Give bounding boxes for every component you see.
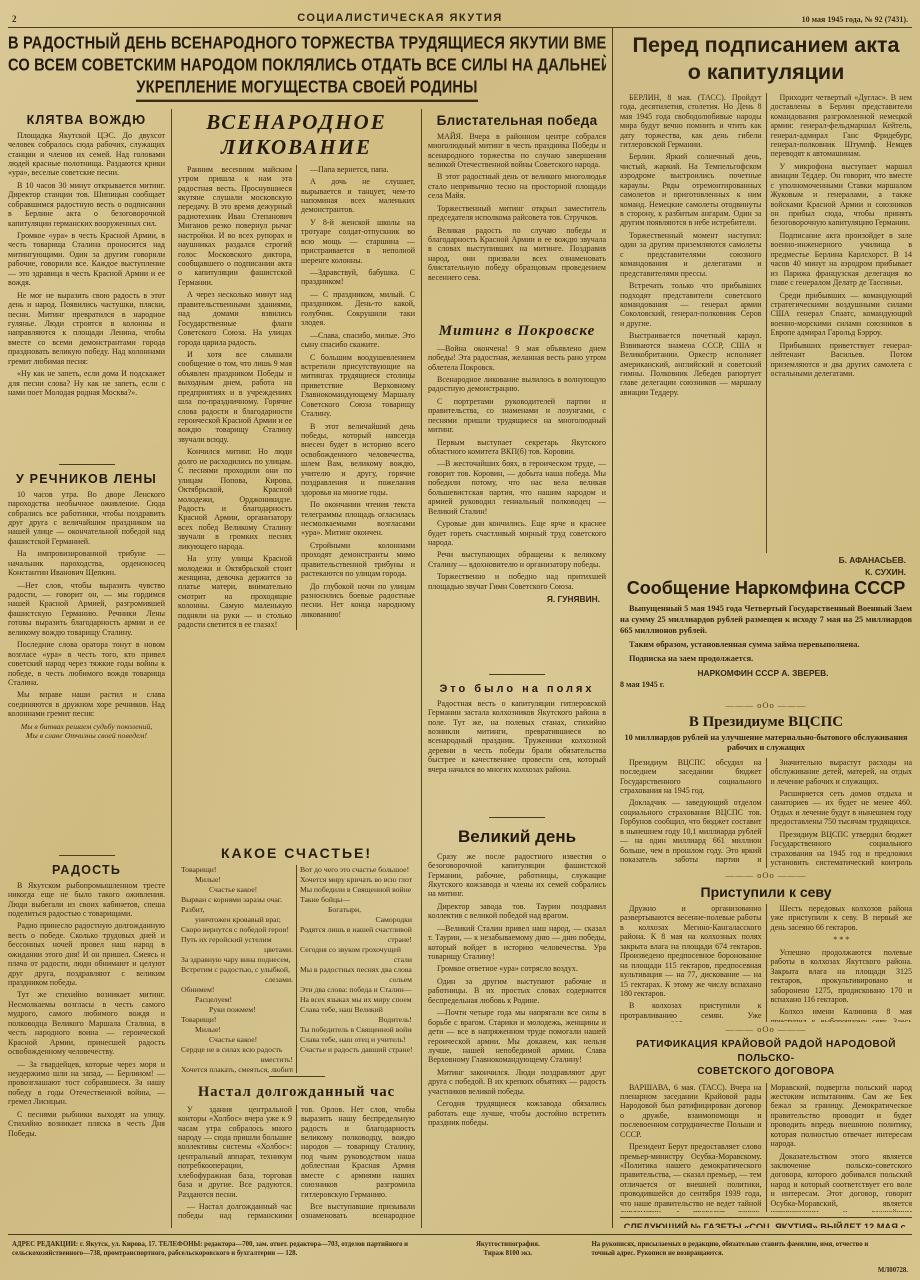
poem: Товарищи!Милые!Счастье какое!Вырван с ко… [178, 865, 415, 1073]
circulation: Тираж 8100 экз. [436, 1249, 579, 1258]
text-line: Торжественный момент наступил: один за д… [620, 231, 762, 278]
article-title: ВСЕНАРОДНОЕ ЛИКОВАНИЕ [178, 110, 415, 160]
article-title: Это было на полях [428, 683, 606, 695]
article-body: Сразу же после радостного известия о без… [428, 852, 606, 1128]
text-line: — С праздником, милый. С праздником. Ден… [301, 290, 415, 328]
text-line: У здания центральной конторы «Холбос» вч… [178, 1105, 292, 1199]
text-line: Среди прибывших — командующий стратегиче… [771, 291, 913, 338]
article-narkomfin: Сообщение Наркомфина СССР Выпущенный 5 м… [620, 576, 912, 698]
text-line: стране! [300, 935, 412, 945]
text-line: * * * [771, 935, 913, 944]
article-pristupili-k-sevu: Приступили к севу Дружно и организованно… [620, 882, 912, 1022]
text-line: Ты победитель в Священной войне! [300, 1025, 412, 1035]
text-line: Скоро вернутся с победой герои! [181, 925, 293, 935]
verse-lines: Мы в битвах решаем судьбу поколений,Мы в… [8, 722, 165, 740]
text-line: Встречать только что прибывших подходят … [620, 281, 762, 328]
text-line: Президиум ВЦСПС утвердил бюджет Государс… [771, 830, 913, 868]
text-line: Докладчик — заведующий отделом социально… [620, 798, 762, 868]
text-line: Радостная весть о капитуляции гитлеровск… [428, 699, 606, 775]
article-vcsps: В Президиуме ВЦСПС 10 миллиардов рублей … [620, 712, 912, 868]
text-line: Выстраивается почетный караул. Взвиваютс… [620, 331, 762, 397]
text-line: Встретим с радостью, с улыбкой, [181, 965, 293, 975]
text-line: Последние слова оратора тонут в новом во… [8, 640, 165, 687]
column-4: Блистательная победа МАЙЯ. Вчера в район… [422, 109, 606, 1228]
article-signature-2: К. СУХИН. [620, 567, 906, 576]
text-line: В этот величайший день победы, который н… [301, 422, 415, 498]
column-1: КЛЯТВА ВОЖДЮ Площадка Якутской ЦЭС. До д… [8, 109, 172, 1228]
text-line: стали [300, 955, 412, 965]
article-title: Сообщение Наркомфина СССР [620, 578, 912, 599]
text-line: В 10 часов 30 минут открывается митинг. … [8, 181, 165, 228]
text-line: Мы в битвах решаем судьбу поколений, [8, 722, 165, 731]
text-line: уничтожен кровавый враг, [181, 915, 293, 925]
article-body: ВАРШАВА, 6 мая. (ТАСС). Вчера на пленарн… [620, 1083, 912, 1213]
article-body: Ранним весенним майским утром пришла к н… [178, 165, 415, 630]
masthead-title: СОЦИАЛИСТИЧЕСКАЯ ЯКУТИЯ [92, 12, 708, 24]
text-line: На импровизированной трибуне — начальник… [8, 549, 165, 577]
text-line: —Почти четыре года мы напрягали все силы… [428, 1008, 606, 1065]
text-line: До глубокой ночи по улицам разносились б… [301, 582, 415, 620]
article-body: 10 часов утра. Во дворе Ленского пароход… [8, 490, 165, 719]
text-line: Стройными колоннами проходят демонстрант… [301, 541, 415, 579]
ornament-divider: ——— оОо ——— [620, 1024, 912, 1034]
article-body: Площадка Якутской ЦЭС. До двухсот челове… [8, 131, 165, 398]
article-title: Блистательная победа [428, 113, 606, 128]
text-line: Значительно вырастут расходы на обслужив… [771, 758, 913, 786]
text-line: По окончании чтения текста телеграммы пл… [301, 500, 415, 538]
text-line: сольем [300, 975, 412, 985]
article-body: БЕРЛИН, 8 мая. (ТАСС). Пройдут года, дес… [620, 93, 912, 553]
text-line: 10 часов утра. Во дворе Ленского пароход… [8, 490, 165, 547]
section-divider [489, 674, 545, 675]
text-line: Путь их геройский устелим [181, 935, 293, 945]
section-divider [489, 817, 545, 818]
article-kakoe-schastye: КАКОЕ СЧАСТЬЕ! Товарищи!Милые!Счастье ка… [178, 841, 415, 1073]
text-line: Громкое ответное «ура» сотрясло воздух. [428, 964, 606, 973]
text-line: Счастье и радость давший стране! [300, 1045, 412, 1055]
poem-right-column: Вот до чего это счастье большое!Хочется … [297, 865, 415, 1073]
text-line: Суровые дни кончились. Еще ярче и красне… [428, 519, 606, 547]
title-line-1: РАТИФИКАЦИЯ КРАЙОВОЙ РАДОЙ НАРОДОВОЙ ПОЛ… [636, 1039, 896, 1064]
article-body: Президиум ВЦСПС обсудил на последнем зас… [620, 758, 912, 868]
print-house: Якутгостипография. [436, 1240, 579, 1249]
text-line: Тут же стихийно возникает митинг. Несмол… [8, 990, 165, 1056]
text-line: Митинг закончился. Люди поздравляют друг… [428, 1068, 606, 1096]
section-divider [59, 855, 115, 856]
text-line: У 8-й женской школы на тротуаре солдат-о… [301, 218, 415, 265]
text-line: Всенародное ликование вылилось в волнующ… [428, 375, 606, 394]
right-section: Перед подписанием акта о капитуляции БЕР… [612, 28, 912, 1228]
title-line-2: СОВЕТСКОГО ДОГОВОРА [697, 1066, 834, 1077]
text-line: Слава тебе, наш отец и учитель! [300, 1035, 412, 1045]
text-line: —Война окончена! 9 мая объявлено днем по… [428, 344, 606, 372]
banner-headline: В РАДОСТНЫЙ ДЕНЬ ВСЕНАРОДНОГО ТОРЖЕСТВА … [8, 28, 606, 109]
text-line: Речи выступающих обращены к великому Ста… [428, 550, 606, 569]
article-title: Настал долгожданный час [178, 1084, 415, 1101]
text-line: Подписка на заем продолжается. [620, 654, 912, 665]
text-line: Милые! [181, 875, 293, 885]
text-line: Богатыри, [300, 905, 412, 915]
text-line: —Папа вернется, папа. [301, 165, 415, 174]
text-line: Громкое «ура» в честь Красной Армии, в ч… [8, 231, 165, 288]
section-divider [269, 1076, 325, 1077]
text-line: Прибывших приветствует генерал-лейтенант… [771, 341, 913, 379]
text-line: В колхозах приступили к протравливанию с… [620, 1001, 762, 1022]
text-line: А через несколько минут над правительств… [178, 290, 292, 347]
text-line: За здравную чару вина поднесем, [181, 955, 293, 965]
article-title: Перед подписанием акта о капитуляции [620, 32, 912, 86]
article-body: Радостная весть о капитуляции гитлеровск… [428, 699, 606, 775]
article-radost: РАДОСТЬ В Якутском рыбопромышленном трес… [8, 859, 165, 1215]
article-pered-podpisaniem-akta: Перед подписанием акта о капитуляции БЕР… [620, 28, 912, 576]
text-line: Сегодня трудящиеся кожзавода обязались р… [428, 1099, 606, 1127]
manuscript-notice: На рукописях, присылаемых в редакцию, об… [592, 1240, 870, 1275]
text-line: На всех языках мы их миру споем! [300, 995, 412, 1005]
text-line: Первым выступает секретарь Якутского обл… [428, 438, 606, 457]
text-line: Мы в радостных песнях два слова [300, 965, 412, 975]
article-miting-v-pokrovske: Митинг в Покровске —Война окончена! 9 ма… [428, 319, 606, 671]
article-title: КАКОЕ СЧАСТЬЕ! [178, 845, 415, 861]
text-line: Успешно продолжаются полевые работы в ко… [771, 948, 913, 1005]
article-nastal-chas: Настал долгожданный час У здания централ… [178, 1080, 415, 1220]
text-line: Расширяется сеть домов отдыха и санатори… [771, 789, 913, 827]
text-line: Таким образом, установленная сумма займа… [620, 640, 912, 651]
text-line: — За гвардейцев, которые через моря и не… [8, 1060, 165, 1107]
print-code: МЛ00728. [878, 1266, 908, 1275]
article-body: У здания центральной конторы «Холбос» вч… [178, 1105, 415, 1220]
text-line: Счастье какое! [181, 1035, 293, 1045]
article-signature-1: Б. АФАНАСЬЕВ. [620, 555, 906, 565]
article-body: —Война окончена! 9 мая объявлено днем по… [428, 344, 606, 592]
text-line: Такие бойцы— [300, 895, 412, 905]
text-line: С песнями рыбники выходят на улицу. Стих… [8, 1110, 165, 1138]
editorial-address: АДРЕС РЕДАКЦИИ: г. Якутск, ул. Кирова, 1… [12, 1240, 424, 1275]
article-u-rechnikov-leny: У РЕЧНИКОВ ЛЕНЫ 10 часов утра. Во дворе … [8, 468, 165, 852]
article-eto-bylo-na-polyah: Это было на полях Радостная весть о капи… [428, 678, 606, 814]
article-ratifikaciya-dogovora: РАТИФИКАЦИЯ КРАЙОВОЙ РАДОЙ НАРОДОВОЙ ПОЛ… [620, 1036, 912, 1212]
text-line: Эти два слова: победа и Сталин— [300, 985, 412, 995]
ornament-divider: ——— оОо ——— [620, 700, 912, 710]
article-body: МАЙЯ. Вчера в районном центре собрался м… [428, 132, 606, 283]
article-title: РАТИФИКАЦИЯ КРАЙОВОЙ РАДОЙ НАРОДОВОЙ ПОЛ… [620, 1038, 912, 1079]
column-middle: ВСЕНАРОДНОЕ ЛИКОВАНИЕ Ранним весенним ма… [172, 109, 422, 1228]
text-line: Президиум ВЦСПС обсудил на последнем зас… [620, 758, 762, 796]
text-line: «Ну как не запеть, если дома И подскажет… [8, 369, 165, 397]
text-line: Колхоз имени Калинина 8 мая приступил к … [771, 1007, 913, 1022]
article-vsenarodnoe-likovanie: ВСЕНАРОДНОЕ ЛИКОВАНИЕ Ранним весенним ма… [178, 109, 415, 841]
article-signature: Я. ГУНЯВИН. [428, 594, 600, 604]
text-line: Сразу же после радостного известия о без… [428, 852, 606, 899]
page-footer: АДРЕС РЕДАКЦИИ: г. Якутск, ул. Кирова, 1… [8, 1234, 912, 1280]
title-line-2: о капитуляции [688, 60, 845, 84]
text-line: Великая радость по случаю победы и благо… [428, 226, 606, 283]
article-title: Приступили к севу [620, 884, 912, 900]
manuscript-notice-block: На рукописях, присылаемых в редакцию, об… [592, 1240, 908, 1275]
text-line: С большим воодушевлением встретили прису… [301, 353, 415, 419]
text-line: Товарищи! [181, 1015, 293, 1025]
text-line: На углу улицы Красной молодежи и Октябрь… [178, 554, 292, 630]
text-line: Водитель! [300, 1015, 412, 1025]
article-klyatva-vozhdyu: КЛЯТВА ВОЖДЮ Площадка Якутской ЦЭС. До д… [8, 109, 165, 461]
column-grid: КЛЯТВА ВОЖДЮ Площадка Якутской ЦЭС. До д… [8, 109, 606, 1228]
text-line: Приходит четвертый «Дуглас». В нем доста… [771, 93, 913, 159]
text-line: Слава тебе, наш Великий [300, 1005, 412, 1015]
article-signature: НАРКОМФИН СССР А. ЗВЕРЕВ. [620, 668, 906, 678]
text-line: А дочь не слушает, вырывается и танцует,… [301, 177, 415, 215]
text-line: Милые! [181, 1025, 293, 1035]
next-issue-notice: СЛЕДУЮЩИЙ № ГАЗЕТЫ «СОЦ. ЯКУТИЯ» ВЫЙДЕТ … [620, 1217, 912, 1228]
text-line: Дружно и организованно развертываются ве… [620, 904, 762, 998]
text-line: Один за другим выступают рабочие и работ… [428, 977, 606, 1005]
text-line: Хочется миру кричать во всю глотку: [300, 875, 412, 885]
text-line: Радио принесло радостную долгожданную ве… [8, 921, 165, 987]
article-subtitle: 10 миллиардов рублей на улучшение матери… [620, 733, 912, 754]
text-line: В этот радостный день от великого многол… [428, 172, 606, 200]
text-line: С портретами руководителей партии и прав… [428, 397, 606, 435]
section-divider [59, 464, 115, 465]
title-line-1: Перед подписанием акта [633, 33, 900, 57]
text-line: Шесть передовых колхозов района уже прис… [771, 904, 913, 932]
newspaper-page: 2 СОЦИАЛИСТИЧЕСКАЯ ЯКУТИЯ 10 мая 1945 го… [0, 0, 920, 1280]
text-line: Руки пожмем! [181, 1005, 293, 1015]
article-velikiy-den: Великий день Сразу же после радостного и… [428, 821, 606, 1217]
text-line: Берлин. Яркий солнечный день, чистый, жа… [620, 152, 762, 228]
text-line: слезами. [181, 975, 293, 985]
text-line: У микрофона выступает маршал авиации Тед… [771, 162, 913, 228]
text-line: И хотя все слышали сообщение о том, что … [178, 350, 292, 444]
text-line: Выпущенный 5 мая 1945 года Четвертый Гос… [620, 604, 912, 637]
text-line: Самородки [300, 915, 412, 925]
article-title: В Президиуме ВЦСПС [620, 714, 912, 731]
text-line: —Здравствуй, бабушка. С праздником! [301, 268, 415, 287]
ornament-divider: ——— оОо ——— [620, 870, 912, 880]
article-blistatelnaya-pobeda: Блистательная победа МАЙЯ. Вчера в район… [428, 109, 606, 319]
text-line: Президент Берут предоставляет слово прем… [620, 1142, 762, 1212]
text-line: Директор завода тов. Таурин поздравил ко… [428, 902, 606, 921]
text-line: Подписание акта произойдет в зале военно… [771, 231, 913, 288]
text-line: Ранним весенним майским утром пришла к н… [178, 165, 292, 288]
text-line: ВАРШАВА, 6 мая. (ТАСС). Вчера на пленарн… [620, 1083, 762, 1140]
text-line: Доказательством этого является заключени… [771, 1152, 913, 1212]
text-line: —Слава, спасибо, милые. Это сыну спасибо… [301, 331, 415, 350]
left-section: В РАДОСТНЫЙ ДЕНЬ ВСЕНАРОДНОГО ТОРЖЕСТВА … [8, 28, 606, 1228]
page-number: 2 [12, 14, 92, 24]
text-line: Товарищи! [181, 865, 293, 875]
text-line: Все выступавшие призывали ознаменовать в… [301, 1202, 415, 1220]
print-info: Якутгостипография. Тираж 8100 экз. [436, 1240, 579, 1275]
text-line: цветами. [181, 945, 293, 955]
text-line: Обнимем! [181, 985, 293, 995]
text-line: Сердце не в силах всю радость [181, 1045, 293, 1055]
text-line: Торжественно и победно над притихшей пло… [428, 572, 606, 591]
article-body: Выпущенный 5 мая 1945 года Четвертый Гос… [620, 604, 912, 665]
text-line: Хочется плакать, смеяться, любить— [181, 1065, 293, 1073]
text-line: Родятся лишь в нашей счастливой [300, 925, 412, 935]
text-line: —В жесточайших боях, в героическом труде… [428, 459, 606, 516]
text-line: Расцелуем! [181, 995, 293, 1005]
text-line: Разбит, [181, 905, 293, 915]
article-body: В Якутском рыбопромышленном тресте никог… [8, 881, 165, 1138]
text-line: МАЙЯ. Вчера в районном центре собрался м… [428, 132, 606, 170]
date-issue: 10 мая 1945 года, № 92 (7431). [708, 15, 908, 24]
text-line: Не мог не выразить свою радость в этот д… [8, 291, 165, 367]
text-line: Сегодня со звуком грохочущей [300, 945, 412, 955]
page-body: В РАДОСТНЫЙ ДЕНЬ ВСЕНАРОДНОГО ТОРЖЕСТВА … [0, 28, 920, 1228]
article-title: КЛЯТВА ВОЖДЮ [8, 113, 165, 127]
page-header: 2 СОЦИАЛИСТИЧЕСКАЯ ЯКУТИЯ 10 мая 1945 го… [0, 0, 920, 26]
text-line: Кончился митинг. Но люди долго не расход… [178, 447, 292, 551]
text-line: Торжественный митинг открыл заместитель … [428, 204, 606, 223]
text-line: Вот до чего это счастье большое! [300, 865, 412, 875]
text-line: Мы в славе Отчизны своей поведем! [8, 731, 165, 740]
article-body: Дружно и организованно развертываются ве… [620, 904, 912, 1022]
text-line: Вырван с корнями заразы очаг. [181, 895, 293, 905]
text-line: —Нет слов, чтобы выразить чувство радост… [8, 581, 165, 638]
poem-left-column: Товарищи!Милые!Счастье какое!Вырван с ко… [178, 865, 297, 1073]
article-title: У РЕЧНИКОВ ЛЕНЫ [8, 472, 165, 486]
article-title: РАДОСТЬ [8, 863, 165, 877]
text-line: Мы победили в Священной войне! [300, 885, 412, 895]
text-line: БЕРЛИН, 8 мая. (ТАСС). Пройдут года, дес… [620, 93, 762, 150]
article-title: Митинг в Покровске [428, 323, 606, 340]
article-title: Великий день [428, 827, 606, 847]
text-line: В Якутском рыбопромышленном тресте никог… [8, 881, 165, 919]
article-date: 8 мая 1945 г. [620, 680, 912, 689]
text-line: Счастье какое! [181, 885, 293, 895]
text-line: Площадка Якутской ЦЭС. До двухсот челове… [8, 131, 165, 178]
banner-line-3: УКРЕПЛЕНИЕ МОГУЩЕСТВА СВОЕЙ РОДИНЫ [8, 76, 606, 102]
text-line: вместить! [181, 1055, 293, 1065]
text-line: Мы вправе наши растил и слава соединяютс… [8, 690, 165, 718]
text-line: —Великий Сталин привел наш народ, — сказ… [428, 924, 606, 962]
